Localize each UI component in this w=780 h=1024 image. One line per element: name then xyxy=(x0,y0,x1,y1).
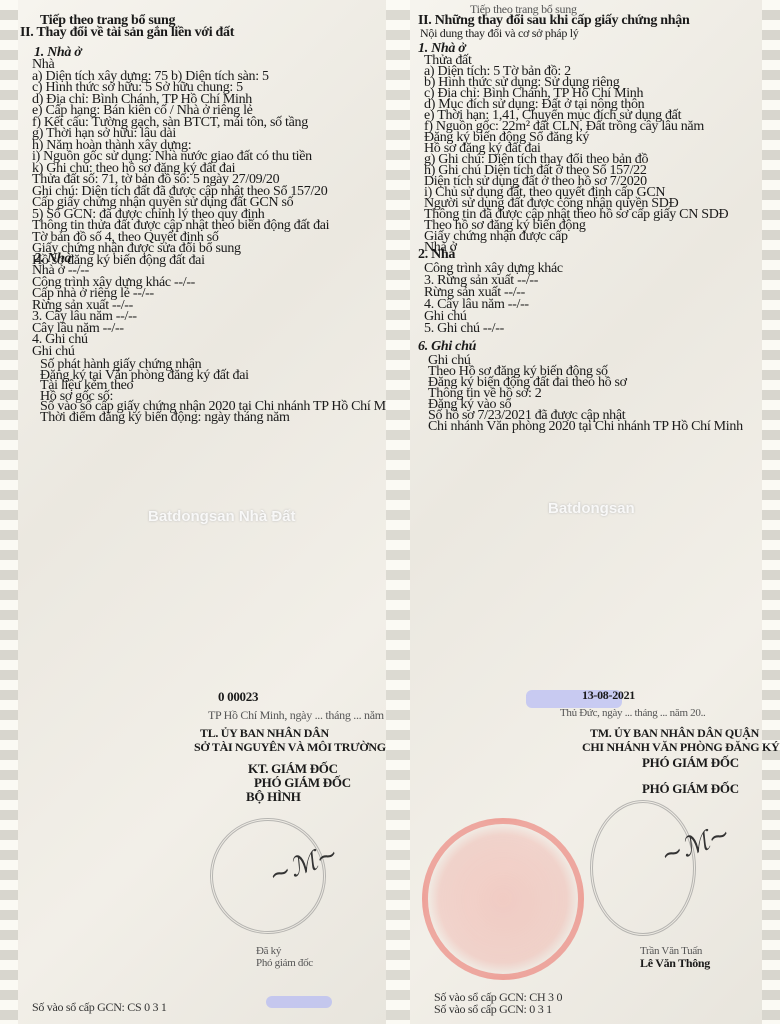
scan-edge-right xyxy=(762,0,780,1024)
signer-role: KT. GIÁM ĐỐC xyxy=(248,762,338,776)
right-header-subtitle: Nội dung thay đổi và cơ sở pháp lý xyxy=(420,26,578,40)
issuer-line: SỞ TÀI NGUYÊN VÀ MÔI TRƯỜNG xyxy=(194,740,386,754)
official-seal-stamp xyxy=(590,800,696,936)
issuer-line: TL. ỦY BAN NHÂN DÂN xyxy=(200,726,329,740)
signer-name: Phó giám đốc xyxy=(256,956,313,970)
left-header-title: II. Thay đổi về tài sản gắn liền với đất xyxy=(20,26,234,40)
signer-role: BỘ HÌNH xyxy=(246,790,301,804)
signer-role: PHÓ GIÁM ĐỐC xyxy=(642,756,739,770)
registry-number: Số vào sổ cấp GCN: 0 3 1 xyxy=(434,1002,552,1016)
document-text-line: Chi nhánh Văn phòng 2020 tại Chi nhánh T… xyxy=(428,420,743,434)
right-section-heading: 2. Nhà xyxy=(418,248,455,262)
place-date: Thủ Đức, ngày ... tháng ... năm 20.. xyxy=(560,706,705,720)
red-official-seal xyxy=(422,818,584,980)
document-text-line: Thời điểm đăng ký biến động: ngày tháng … xyxy=(40,411,290,425)
page-seam xyxy=(386,0,410,1024)
watermark: Batdongsan Nhà Đất xyxy=(148,508,296,525)
registry-number: Số vào sổ cấp GCN: CS 0 3 1 xyxy=(32,1000,167,1014)
document-text-line: 5. Ghi chú --/-- xyxy=(424,322,504,336)
issuer-line: CHI NHÁNH VĂN PHÒNG ĐĂNG KÝ ĐẤT ĐAI xyxy=(582,740,780,754)
signer-role: PHÓ GIÁM ĐỐC xyxy=(642,782,739,796)
signer-name: Lê Văn Thông xyxy=(640,956,710,970)
place-date: TP Hồ Chí Minh, ngày ... tháng ... năm 2… xyxy=(208,708,403,722)
watermark: Batdongsan xyxy=(548,500,635,517)
right-section-heading: 6. Ghi chú xyxy=(418,340,476,354)
scan-edge-left xyxy=(0,0,18,1024)
date: 13-08-2021 xyxy=(582,688,635,702)
issue-number: 0 00023 xyxy=(218,690,258,704)
document-page-left: Tiếp theo trang bổ sung II. Thay đổi về … xyxy=(18,0,386,1024)
issuer-line: TM. ỦY BAN NHÂN DÂN QUẬN xyxy=(590,726,759,740)
signer-role: PHÓ GIÁM ĐỐC xyxy=(254,776,351,790)
blue-ink-mark xyxy=(266,996,332,1008)
document-page-right: Tiếp theo trang bổ sung II. Những thay đ… xyxy=(410,0,762,1024)
